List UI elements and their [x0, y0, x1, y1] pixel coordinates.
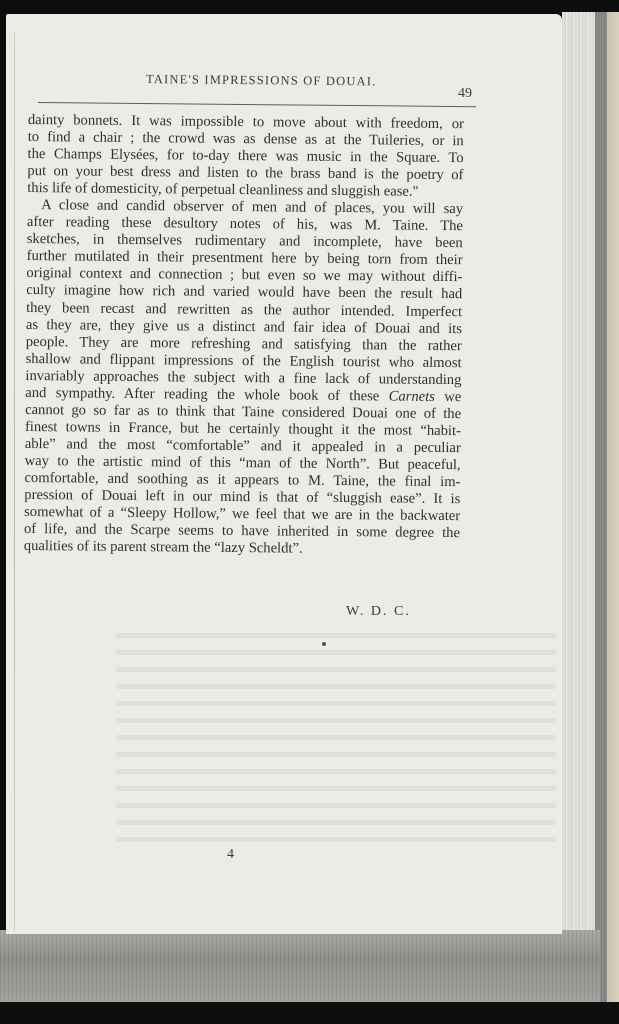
page-number: 49 [458, 86, 472, 102]
book-page: TAINE'S IMPRESSIONS OF DOUAI. 49 dainty … [6, 14, 562, 934]
book-cover-edge [607, 12, 619, 1002]
author-initials: W. D. C. [346, 604, 411, 620]
page-stack-shadow [595, 12, 607, 1002]
body-text: dainty bonnets. It was impossible to mov… [24, 112, 464, 559]
gutter-shadow [14, 32, 15, 932]
running-head: TAINE'S IMPRESSIONS OF DOUAI. [146, 72, 377, 89]
italic-title: Carnets [389, 388, 435, 404]
ink-speck [322, 642, 326, 646]
bottom-page-stack [0, 930, 600, 1002]
bleed-through-texture [116, 624, 556, 854]
scanned-book-spread: TAINE'S IMPRESSIONS OF DOUAI. 49 dainty … [0, 0, 619, 1024]
printer-signature-mark: 4 [227, 847, 234, 863]
header-rule [38, 102, 476, 107]
